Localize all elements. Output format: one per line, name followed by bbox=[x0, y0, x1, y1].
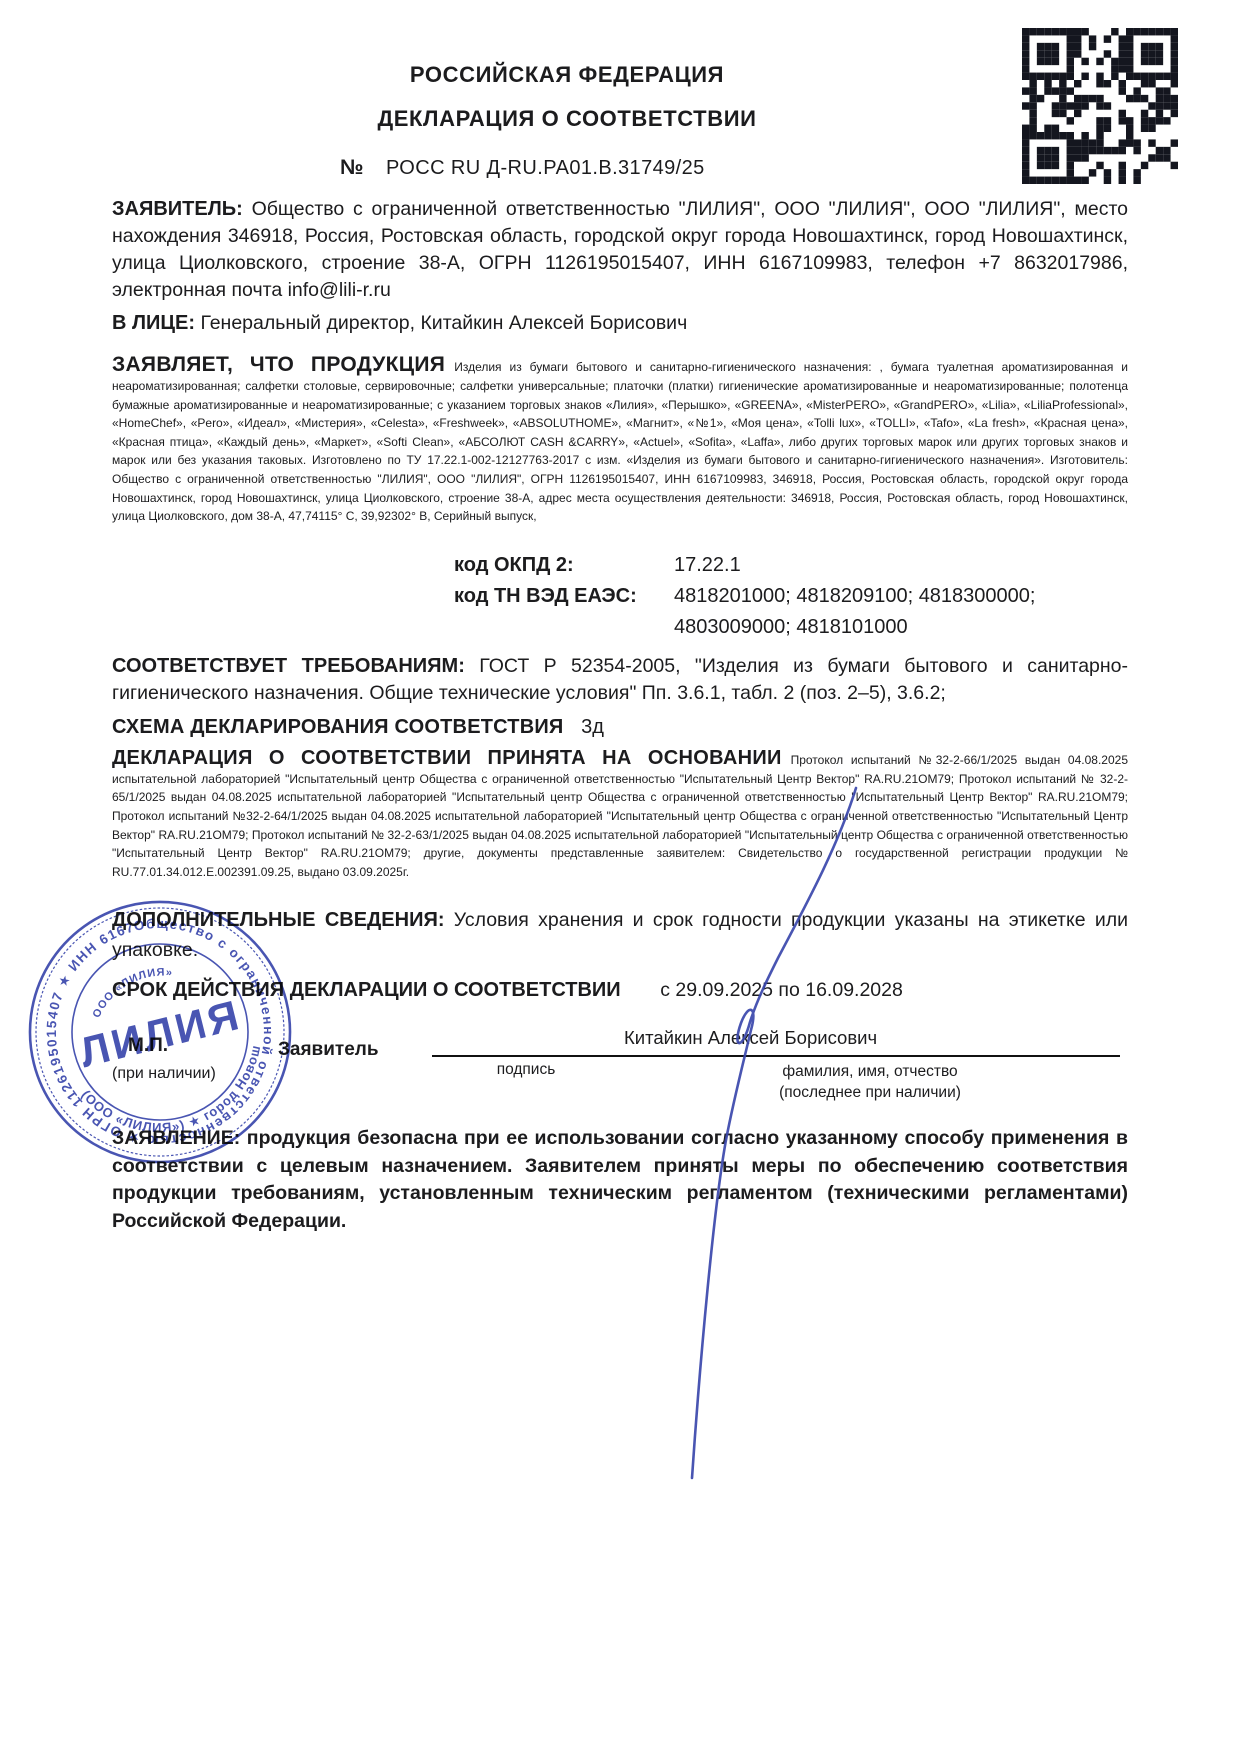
qr-code bbox=[1022, 28, 1178, 184]
name-caption: фамилия, имя, отчество (последнее при на… bbox=[620, 1061, 1120, 1103]
basis-label: ДЕКЛАРАЦИЯ О СООТВЕТСТВИИ ПРИНЯТА НА ОСН… bbox=[112, 747, 782, 769]
name-caption-1: фамилия, имя, отчество bbox=[782, 1063, 957, 1080]
okpd-value: 17.22.1 bbox=[674, 550, 741, 581]
signature-line bbox=[432, 1055, 620, 1057]
person-text: Генеральный директор, Китайкин Алексей Б… bbox=[200, 312, 687, 334]
product-text: Изделия из бумаги бытового и санитарно-г… bbox=[112, 360, 1128, 523]
scheme-label: СХЕМА ДЕКЛАРИРОВАНИЯ СООТВЕТСТВИЯ bbox=[112, 716, 564, 738]
scheme-value: 3д bbox=[581, 716, 604, 738]
codes-block: код ОКПД 2: 17.22.1 код ТН ВЭД ЕАЭС: 481… bbox=[454, 550, 1128, 643]
requirements-label: СООТВЕТСТВУЕТ ТРЕБОВАНИЯМ: bbox=[112, 655, 465, 677]
person-label: В ЛИЦЕ: bbox=[112, 312, 195, 334]
person-paragraph: В ЛИЦЕ: Генеральный директор, Китайкин А… bbox=[112, 310, 1128, 337]
applicant-paragraph: ЗАЯВИТЕЛЬ: Общество с ограниченной ответ… bbox=[112, 196, 1128, 304]
country-title: РОССИЙСКАЯ ФЕДЕРАЦИЯ bbox=[112, 62, 1022, 88]
page-title: ДЕКЛАРАЦИЯ О СООТВЕТСТВИИ bbox=[112, 106, 1022, 132]
product-paragraph: ЗАЯВЛЯЕТ, ЧТО ПРОДУКЦИЯ Изделия из бумаг… bbox=[112, 353, 1128, 526]
validity-value: с 29.09.2025 по 16.09.2028 bbox=[660, 979, 903, 1001]
requirements-paragraph: СООТВЕТСТВУЕТ ТРЕБОВАНИЯМ: ГОСТ Р 52354-… bbox=[112, 653, 1128, 707]
tnved-value: 4818201000; 4818209100; 4818300000; 4803… bbox=[674, 581, 1035, 643]
name-line bbox=[620, 1055, 1120, 1057]
declaration-document: РОССИЙСКАЯ ФЕДЕРАЦИЯ ДЕКЛАРАЦИЯ О СООТВЕ… bbox=[0, 0, 1240, 1754]
number-label: № bbox=[340, 156, 386, 180]
okpd-row: код ОКПД 2: 17.22.1 bbox=[454, 550, 1128, 581]
okpd-label: код ОКПД 2: bbox=[454, 550, 674, 581]
signer-name: Китайкин Алексей Борисович bbox=[620, 1027, 1122, 1049]
basis-text: Протокол испытаний №32-2-66/1/2025 выдан… bbox=[112, 753, 1128, 879]
signature-caption: подпись bbox=[432, 1061, 620, 1079]
tnved-label: код ТН ВЭД ЕАЭС: bbox=[454, 581, 674, 643]
scheme-row: СХЕМА ДЕКЛАРИРОВАНИЯ СООТВЕТСТВИЯ 3д bbox=[112, 713, 1128, 741]
declaration-number: РОСС RU Д-RU.РА01.В.31749/25 bbox=[386, 157, 705, 179]
document-header: РОССИЙСКАЯ ФЕДЕРАЦИЯ ДЕКЛАРАЦИЯ О СООТВЕ… bbox=[112, 62, 1022, 132]
applicant-text: Общество с ограниченной ответственностью… bbox=[112, 198, 1128, 301]
company-stamp: Общество с ограниченной ответственностью… bbox=[10, 862, 310, 1202]
name-caption-2: (последнее при наличии) bbox=[779, 1084, 961, 1101]
product-label: ЗАЯВЛЯЕТ, ЧТО ПРОДУКЦИЯ bbox=[112, 353, 445, 376]
tnved-row: код ТН ВЭД ЕАЭС: 4818201000; 4818209100;… bbox=[454, 581, 1128, 643]
declaration-number-row: №РОСС RU Д-RU.РА01.В.31749/25 bbox=[340, 156, 1128, 180]
applicant-label: ЗАЯВИТЕЛЬ: bbox=[112, 198, 243, 220]
qr-code-svg bbox=[1022, 28, 1178, 184]
